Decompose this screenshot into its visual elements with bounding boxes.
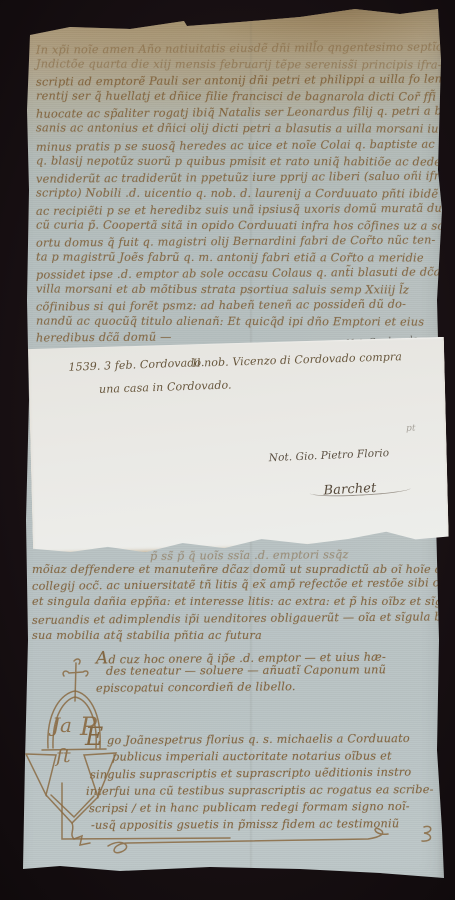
manuscript-line: ortu domus q̃ fuit q. magistri olij Bern… <box>36 233 436 249</box>
notary-sign-drawing: Ja P ft <box>22 655 447 860</box>
manuscript-line: ta p magistrũ Joẽs fabrũ q. m. antonij f… <box>36 250 424 264</box>
slip-notary-attribution: Not. Gio. Pietro Florio <box>269 447 390 464</box>
archival-paper-slip: 1539. 3 feb. Cordovado. Il nob. Vicenzo … <box>28 337 449 555</box>
photograph-stage: In xp̃i noĩe amen Año natiuitatis eiusdẽ… <box>0 0 455 900</box>
slip-summary-line: una casa in Cordovado. <box>99 378 232 395</box>
manuscript-line: vendiderũt ac tradiderũt in ppetuũz iure… <box>36 169 451 185</box>
slip-faint-mark: pt <box>406 424 416 434</box>
slip-signature: Barchet <box>323 481 376 499</box>
manuscript-line: collegij occ̃. ac uniuersitatẽ tñ litis … <box>32 576 451 593</box>
manuscript-line: sanis ac antonius et dñici olij dicti pe… <box>36 121 455 135</box>
manuscript-line: minus pratis p se suosq̃ heredes ac uice… <box>36 137 455 154</box>
manuscript-line: villa morsani et ab mõtibus strata psort… <box>36 283 409 297</box>
slip-date-heading: 1539. 3 feb. Cordovado. <box>68 356 204 374</box>
manuscript-line: In xp̃i noĩe amen Año natiuitatis eiusdẽ… <box>36 40 443 56</box>
manuscript-line: cũ curia p̃. Coopertã sitã in opido Cord… <box>36 218 455 232</box>
manuscript-line: p̃ ss̃ p̃ q̃ uoĩs ssĩa .d. emptori ssq̃z <box>150 548 349 563</box>
manuscript-line: heredibus dc̃ã domũ — <box>36 330 172 344</box>
sign-letter-ja: Ja <box>48 713 72 737</box>
manuscript-line: huocate ac sp̃aliter rogatj ibiq̃ Natali… <box>36 104 455 120</box>
manuscript-line: possidet ipse .d. emptor ab sole occasu … <box>36 265 441 281</box>
manuscript-line: et singula dañia epp̃ña: et interesse li… <box>32 595 455 608</box>
manuscript-line: nandũ ac quocũq̃ titulo alienañ: Et quic… <box>36 314 424 328</box>
manuscript-line: sua mobilia atq̃ stabilia pñtia ac futur… <box>32 629 262 642</box>
manuscript-line: scripti ad emptorẽ Pauli ser antonij dñi… <box>36 72 446 88</box>
manuscript-line: ac recipiẽti p se et heredibz suis unã i… <box>36 201 455 218</box>
sign-letter-p: P <box>79 712 98 741</box>
manuscript-line: Jndictõe quarta die xiij mensis februari… <box>36 57 442 71</box>
manuscript-line: scripto) Nobili .d. uicentio q. nob. d. … <box>36 186 455 200</box>
manuscript-line: rentij ser q̃ huellatj et dñice filie fr… <box>36 89 454 103</box>
sign-letter-ft: ft <box>54 745 71 767</box>
manuscript-line: mõiaz deffendere et manuteñre dc̃az domũ… <box>32 563 455 576</box>
slip-summary-line: Il nob. Vicenzo di Cordovado compra <box>192 350 402 370</box>
manuscript-line: cõfinibus si qui forẽt psmz: ad habeñ te… <box>36 298 406 314</box>
manuscript-line: seruandis et adimplendis ip̃i uenditores… <box>32 610 455 627</box>
manuscript-line: q. blasij nepotũz suorũ p quibus pmisit … <box>36 154 455 168</box>
